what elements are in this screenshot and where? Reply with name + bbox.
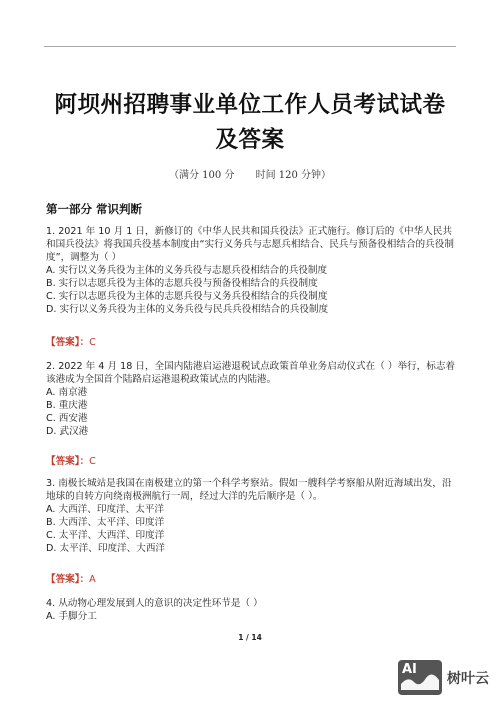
watermark-logo: AI 树叶云 [398, 660, 489, 695]
option-d: D. 太平洋、印度洋、大西洋 [46, 542, 460, 555]
option-b: B. 实行以志愿兵役为主体的志愿兵役与预备役相结合的兵役制度 [46, 277, 460, 290]
option-d: D. 武汉港 [46, 425, 460, 438]
ai-logo-icon: AI [398, 660, 442, 695]
question-3: 3. 南极长城站是我国在南极建立的第一个科学考察站。假如一艘科学考察船从附近海域… [46, 477, 460, 555]
option-a: A. 手脚分工 [46, 610, 460, 623]
option-b: B. 重庆港 [46, 399, 460, 412]
question-4: 4. 从动物心理发展到人的意识的决定性环节是（ ） A. 手脚分工 [46, 597, 460, 623]
title-line-1: 阿坝州招聘事业单位工作人员考试试卷 [30, 88, 470, 123]
question-2: 2. 2022 年 4 月 18 日，全国内陆港启运港退税试点政策首单业务启动仪… [46, 360, 460, 438]
answer-value: A [89, 574, 96, 585]
question-1: 1. 2021 年 10 月 1 日，新修订的《中华人民共和国兵役法》正式施行。… [46, 225, 460, 316]
option-d: D. 实行以义务兵役为主体的义务兵役与民兵兵役相结合的兵役制度 [46, 303, 460, 316]
option-c: C. 西安港 [46, 412, 460, 425]
option-a: A. 南京港 [46, 386, 460, 399]
question-stem: 4. 从动物心理发展到人的意识的决定性环节是（ ） [46, 597, 460, 610]
answer-label: 【答案】 [46, 574, 80, 585]
answer-2: 【答案】：C [46, 453, 96, 467]
answer-3: 【答案】：A [46, 571, 96, 585]
brand-name: 树叶云 [447, 668, 489, 688]
page-indicator: 1 / 14 [0, 633, 500, 642]
question-stem: 2. 2022 年 4 月 18 日，全国内陆港启运港退税试点政策首单业务启动仪… [46, 360, 460, 386]
title-line-2: 及答案 [30, 123, 470, 158]
option-a: A. 实行以义务兵役为主体的义务兵役与志愿兵役相结合的兵役制度 [46, 264, 460, 277]
logo-mark: AI [402, 662, 417, 677]
time-limit: 时间 120 分钟） [256, 170, 331, 181]
answer-label: 【答案】 [46, 456, 80, 467]
answer-label: 【答案】 [46, 337, 80, 348]
option-a: A. 大西洋、印度洋、太平洋 [46, 503, 460, 516]
option-b: B. 大西洋、太平洋、印度洋 [46, 516, 460, 529]
question-stem: 1. 2021 年 10 月 1 日，新修订的《中华人民共和国兵役法》正式施行。… [46, 225, 460, 264]
document-title: 阿坝州招聘事业单位工作人员考试试卷 及答案 [30, 88, 470, 158]
question-stem: 3. 南极长城站是我国在南极建立的第一个科学考察站。假如一艘科学考察船从附近海域… [46, 477, 460, 503]
exam-info: （满分 100 分 时间 120 分钟） [0, 166, 500, 181]
option-c: C. 太平洋、大西洋、印度洋 [46, 529, 460, 542]
option-c: C. 实行以志愿兵役为主体的志愿兵役与义务兵役相结合的兵役制度 [46, 290, 460, 303]
answer-1: 【答案】：C [46, 334, 96, 348]
answer-value: C [89, 337, 96, 348]
header-rule [44, 46, 456, 47]
full-score: （满分 100 分 [169, 170, 234, 181]
section-heading: 第一部分 常识判断 [46, 201, 142, 217]
answer-value: C [89, 456, 96, 467]
